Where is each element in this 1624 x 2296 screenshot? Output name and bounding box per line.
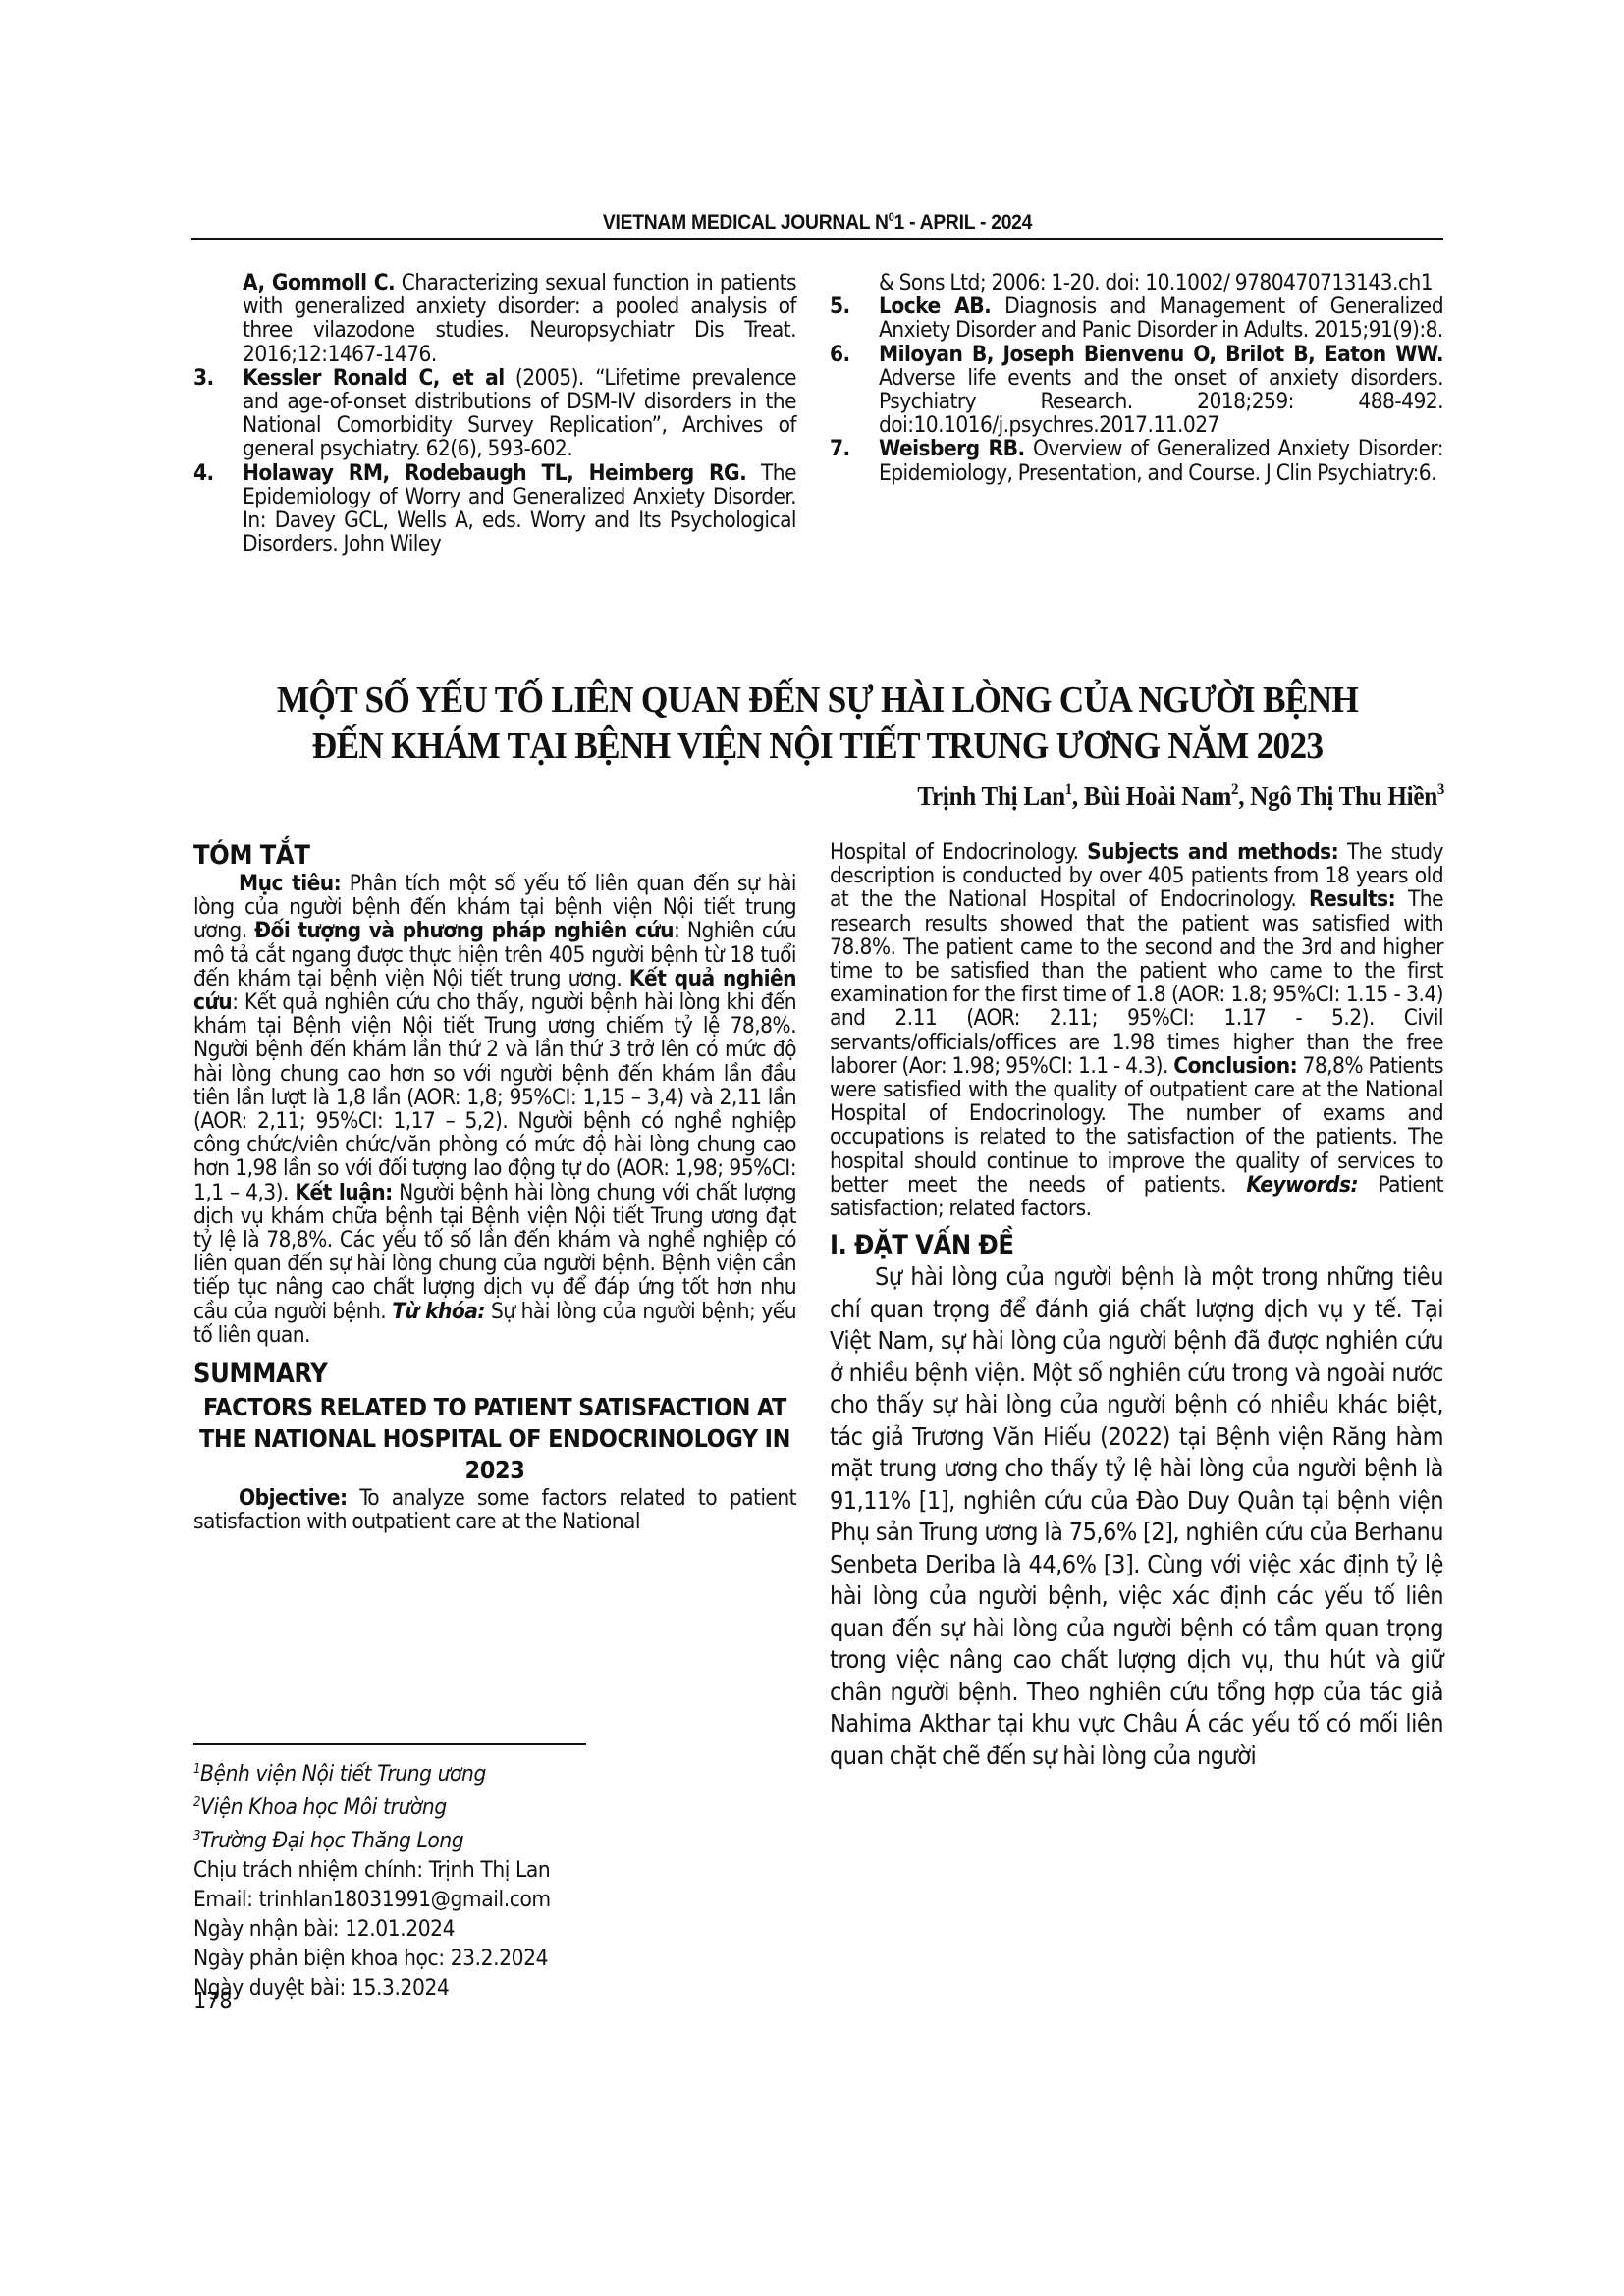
summary-keywords-label: Keywords:	[1246, 1172, 1358, 1198]
introduction-text: Sự hài lòng của người bệnh là một trong …	[830, 1261, 1443, 1772]
reference-item: 3.Kessler Ronald C, et al (2005). “Lifet…	[193, 366, 796, 461]
running-head-date: 1 - APRIL - 2024	[894, 211, 1033, 234]
reference-item: 5.Locke AB. Diagnosis and Management of …	[830, 294, 1443, 342]
reference-item: 6.Miloyan B, Joseph Bienvenu O, Brilot B…	[830, 343, 1443, 438]
affiliation-sup: 1	[193, 1762, 200, 1777]
reference-number: 4.	[193, 461, 214, 485]
affiliation-text: Viện Khoa học Môi trường	[200, 1794, 447, 1820]
author-name: Trịnh Thị Lan	[917, 781, 1064, 811]
header-rule	[191, 238, 1443, 240]
reference-authors: Kessler Ronald C, et al	[243, 365, 505, 391]
date-received: Ngày nhận bài: 12.01.2024	[193, 1914, 551, 1944]
summary-results-label: Results:	[1309, 886, 1395, 912]
footnotes: 1Bệnh viện Nội tiết Trung ương 2Viện Kho…	[193, 1755, 551, 2002]
author-separator: ,	[1238, 781, 1250, 811]
reference-item: 4.Holaway RM, Rodebaugh TL, Heimberg RG.…	[193, 461, 796, 557]
reference-item: A, Gommoll C. Characterizing sexual func…	[193, 271, 796, 366]
author-name: Ngô Thị Thu Hiền	[1250, 781, 1437, 811]
summary-results-text: The research results showed that the pat…	[830, 886, 1443, 1078]
running-head: VIETNAM MEDICAL JOURNAL N01 - APRIL - 20…	[242, 210, 1393, 235]
affiliation-2: 2Viện Khoa học Môi trường	[193, 1789, 551, 1822]
reference-item: 7.Weisberg RB. Overview of Generalized A…	[830, 437, 1443, 484]
page-number: 178	[193, 1989, 233, 2014]
running-head-text: VIETNAM MEDICAL JOURNAL N	[603, 211, 889, 234]
summary-title: FACTORS RELATED TO PATIENT SATISFACTION …	[193, 1392, 796, 1486]
references-left: A, Gommoll C. Characterizing sexual func…	[193, 271, 796, 556]
reference-text: & Sons Ltd; 2006: 1-20. doi: 10.1002/ 97…	[879, 270, 1433, 295]
reference-authors: Weisberg RB.	[879, 436, 1025, 461]
reference-authors: Locke AB.	[879, 294, 991, 319]
summary-objective-continued: Hospital of Endocrinology.	[830, 839, 1087, 865]
affiliation-sup: 2	[193, 1795, 200, 1810]
reference-authors: A, Gommoll C.	[243, 270, 395, 295]
reference-number: 5.	[830, 294, 850, 318]
reference-number: 7.	[830, 437, 850, 460]
results-text: : Kết quả nghiên cứu cho thấy, người bện…	[193, 989, 796, 1205]
reference-authors: Miloyan B, Joseph Bienvenu O, Brilot B, …	[879, 342, 1443, 367]
footnote-rule	[193, 1743, 586, 1745]
journal-page: VIETNAM MEDICAL JOURNAL N01 - APRIL - 20…	[0, 0, 1624, 2296]
reference-authors: Holaway RM, Rodebaugh TL, Heimberg RG.	[243, 460, 746, 486]
date-reviewed: Ngày phản biện khoa học: 23.2.2024	[193, 1944, 551, 1973]
summary-methods-label: Subjects and methods:	[1087, 839, 1338, 865]
abstract-right-column: Hospital of Endocrinology. Subjects and …	[830, 840, 1443, 1772]
author-name: Bùi Hoài Nam	[1084, 781, 1231, 811]
summary-objective-label: Objective:	[239, 1485, 348, 1511]
article-title-line-1: MỘT SỐ YẾU TỐ LIÊN QUAN ĐẾN SỰ HÀI LÒNG …	[236, 677, 1400, 723]
author-email: Email: trinhlan18031991@gmail.com	[193, 1885, 551, 1914]
affiliation-sup: 3	[193, 1829, 200, 1843]
references-right: & Sons Ltd; 2006: 1-20. doi: 10.1002/ 97…	[830, 271, 1443, 485]
corresponding-author: Chịu trách nhiệm chính: Trịnh Thị Lan	[193, 1855, 551, 1885]
affiliation-1: 1Bệnh viện Nội tiết Trung ương	[193, 1755, 551, 1789]
reference-text: Adverse life events and the onset of anx…	[879, 365, 1443, 438]
reference-item: & Sons Ltd; 2006: 1-20. doi: 10.1002/ 97…	[830, 271, 1443, 294]
summary-heading: SUMMARY	[193, 1359, 796, 1390]
reference-number: 6.	[830, 343, 850, 366]
summary-conclusion-label: Conclusion:	[1173, 1053, 1297, 1079]
abstract-vi-heading: TÓM TẮT	[193, 840, 796, 872]
introduction-heading: I. ĐẶT VẤN ĐỀ	[830, 1230, 1443, 1261]
affiliation-3: 3Trường Đại học Thăng Long	[193, 1822, 551, 1855]
date-accepted: Ngày duyệt bài: 15.3.2024	[193, 1973, 551, 2002]
keywords-label: Từ khóa:	[392, 1299, 485, 1324]
affiliation-text: Bệnh viện Nội tiết Trung ương	[200, 1761, 486, 1787]
methods-label: Đối tượng và phương pháp nghiên cứu	[254, 918, 674, 943]
article-title: MỘT SỐ YẾU TỐ LIÊN QUAN ĐẾN SỰ HÀI LÒNG …	[236, 677, 1400, 770]
reference-number: 3.	[193, 366, 214, 390]
objective-label: Mục tiêu:	[239, 871, 341, 896]
abstract-vi-body: Mục tiêu: Phân tích một số yếu tố liên q…	[193, 872, 796, 1347]
summary-body-continued: Hospital of Endocrinology. Subjects and …	[830, 840, 1443, 1220]
article-title-line-2: ĐẾN KHÁM TẠI BỆNH VIỆN NỘI TIẾT TRUNG ƯƠ…	[236, 723, 1400, 770]
abstract-left-column: TÓM TẮT Mục tiêu: Phân tích một số yếu t…	[193, 840, 796, 1533]
author-separator: ,	[1072, 781, 1084, 811]
affiliation-text: Trường Đại học Thăng Long	[200, 1828, 463, 1853]
conclusion-label: Kết luận:	[295, 1180, 392, 1205]
author-list: Trịnh Thị Lan1, Bùi Hoài Nam2, Ngô Thị T…	[917, 781, 1444, 812]
summary-body-start: Objective: To analyze some factors relat…	[193, 1486, 796, 1533]
author-affiliation-sup: 3	[1437, 781, 1444, 798]
